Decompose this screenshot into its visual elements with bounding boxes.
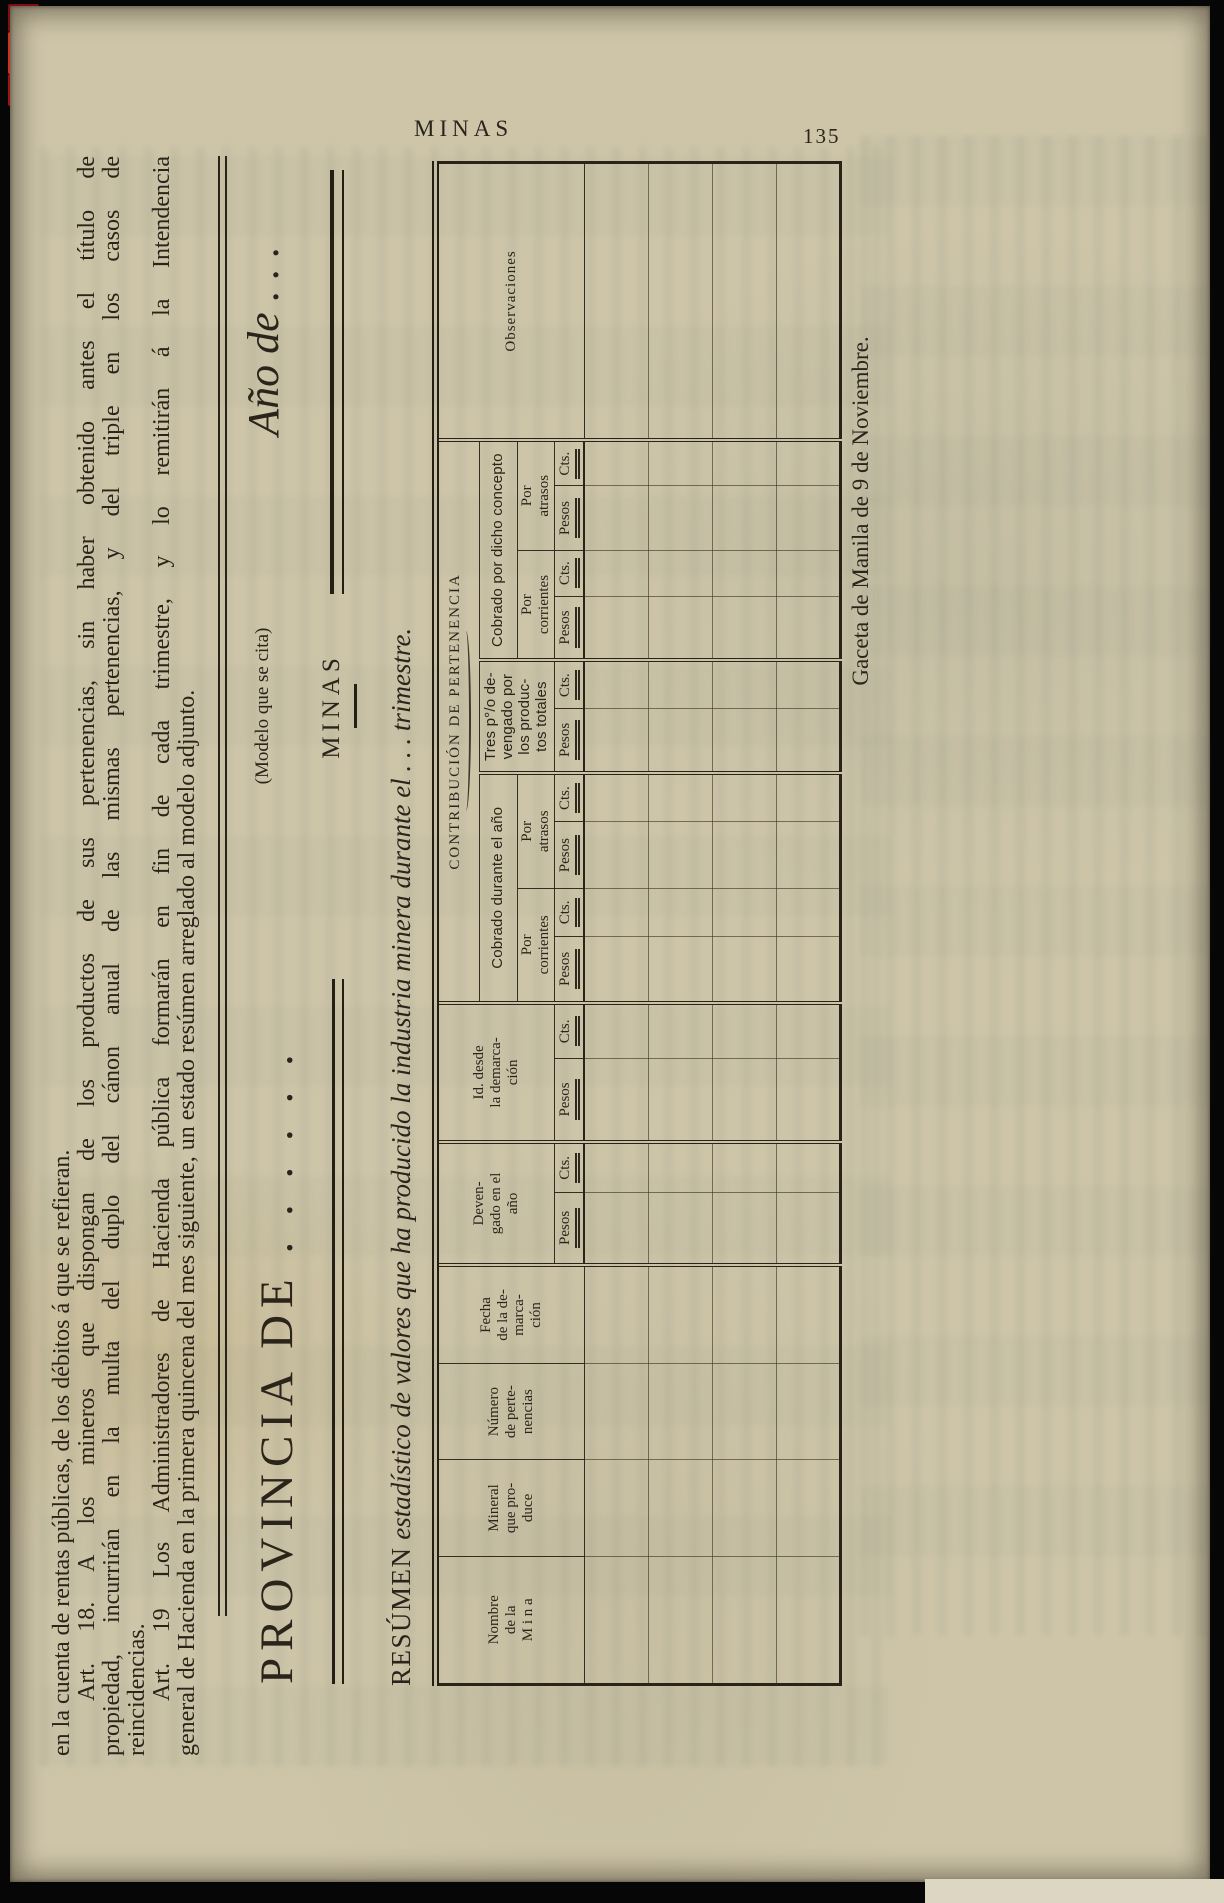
provincia-underline [332, 979, 344, 1684]
running-header: MINAS [414, 116, 513, 142]
col-header-fecha: Fecha de la de- marca- ción [436, 1265, 585, 1363]
col-header-pesos: Pesos [554, 936, 584, 1002]
cts-label: Cts. [557, 449, 580, 479]
col-header-cts: Cts. [554, 888, 584, 936]
modelo-underline [354, 684, 357, 728]
pesos-label: Pesos [557, 720, 580, 760]
col-header-por-atrasos: Por atrasos [518, 440, 555, 550]
col-header-por-corrientes: Por corrientes [518, 888, 555, 1003]
pesos-label: Pesos [557, 1208, 580, 1248]
provincia-heading: PROVINCIA DE . . . . . . [250, 1047, 304, 1684]
col-header-devengado: Deven- gado en el año [436, 1142, 555, 1265]
cts-label: Cts. [557, 670, 580, 700]
cts-label: Cts. [557, 1153, 580, 1183]
table-row [584, 163, 648, 1685]
col-header-contribucion: CONTRIBUCIÓN DE PERTENENCIA [436, 440, 480, 1003]
cts-label: Cts. [557, 783, 580, 813]
table-row [648, 163, 712, 1685]
pesos-label: Pesos [557, 607, 580, 647]
document-page: MINAS 135 en la cuenta de rentas pública… [10, 6, 1210, 1882]
statistics-table: Nombre de la M i n a Mineral que pro- du… [432, 161, 842, 1686]
cts-label: Cts. [557, 1017, 580, 1047]
col-header-cts: Cts. [554, 1003, 584, 1059]
pesos-label: Pesos [557, 498, 580, 538]
article-line: propiedad, incurrirán en la multa del du… [100, 156, 125, 1756]
col-header-observaciones: Observaciones [436, 163, 585, 440]
col-header-cts: Cts. [554, 550, 584, 596]
table-row [776, 163, 840, 1685]
col-header-por-atrasos: Por atrasos [518, 773, 555, 889]
scanned-page-background: MINAS 135 en la cuenta de rentas pública… [0, 0, 1224, 1903]
anno-heading: Año de . . . [238, 166, 289, 516]
pesos-label: Pesos [557, 1079, 580, 1119]
resumen-caption: RESÚMEN estadístico de valores que ha pr… [386, 156, 417, 1686]
col-header-id-desde: Id. desde la demarca- ción [436, 1003, 555, 1142]
section-divider-rule [218, 156, 227, 1616]
pesos-label: Pesos [557, 949, 580, 989]
col-header-cts: Cts. [554, 773, 584, 822]
article-text: en la cuenta de rentas públicas, de los … [50, 156, 200, 1756]
col-header-pesos: Pesos [554, 1058, 584, 1141]
pesos-label: Pesos [557, 835, 580, 875]
contribucion-title-text: CONTRIBUCIÓN DE PERTENENCIA [447, 573, 472, 869]
col-header-por-corrientes: Por corrientes [518, 550, 555, 660]
article-line: general de Hacienda en la primera quince… [175, 156, 200, 1756]
col-header-mineral: Mineral que pro- duce [436, 1460, 585, 1556]
modelo-note: (Modelo que se cita) [252, 536, 274, 876]
col-header-cts: Cts. [554, 1142, 584, 1192]
col-header-tres-pct: Tres p°/o de- vengado por los produc- to… [480, 660, 555, 772]
resumen-rest: estadístico de valores que ha producido … [386, 628, 416, 1547]
show-through-texture [860, 136, 1210, 1636]
article-line: Art. 18. A los mineros que dispongan de … [75, 156, 100, 1756]
col-header-pesos: Pesos [554, 822, 584, 888]
article-line: en la cuenta de rentas públicas, de los … [50, 156, 75, 1756]
col-header-numero: Número de perte- nencias [436, 1363, 585, 1459]
cts-label: Cts. [557, 558, 580, 588]
article-line: reincidencias. [125, 156, 150, 1756]
resumen-lead: RESÚMEN [386, 1546, 416, 1686]
table-row [712, 163, 776, 1685]
col-header-cobrado-durante: Cobrado durante el año [480, 773, 518, 1003]
col-header-pesos: Pesos [554, 709, 584, 773]
col-header-pesos: Pesos [554, 596, 584, 660]
anno-underline [330, 170, 344, 594]
col-header-cts: Cts. [554, 440, 584, 486]
col-header-pesos: Pesos [554, 486, 584, 550]
col-header-cts: Cts. [554, 660, 584, 708]
gaceta-imprint: Gaceta de Manila de 9 de Noviembre. [848, 276, 874, 746]
col-header-pesos: Pesos [554, 1192, 584, 1265]
next-page-edge [925, 1879, 1224, 1903]
cts-label: Cts. [557, 898, 580, 928]
article-line: Art. 19 Los Administradores de Hacienda … [150, 156, 175, 1756]
rotated-content-block: en la cuenta de rentas públicas, de los … [50, 156, 880, 1756]
col-header-cobrado-concepto: Cobrado por dicho concepto [480, 440, 518, 661]
col-header-nombre: Nombre de la M i n a [436, 1556, 585, 1684]
